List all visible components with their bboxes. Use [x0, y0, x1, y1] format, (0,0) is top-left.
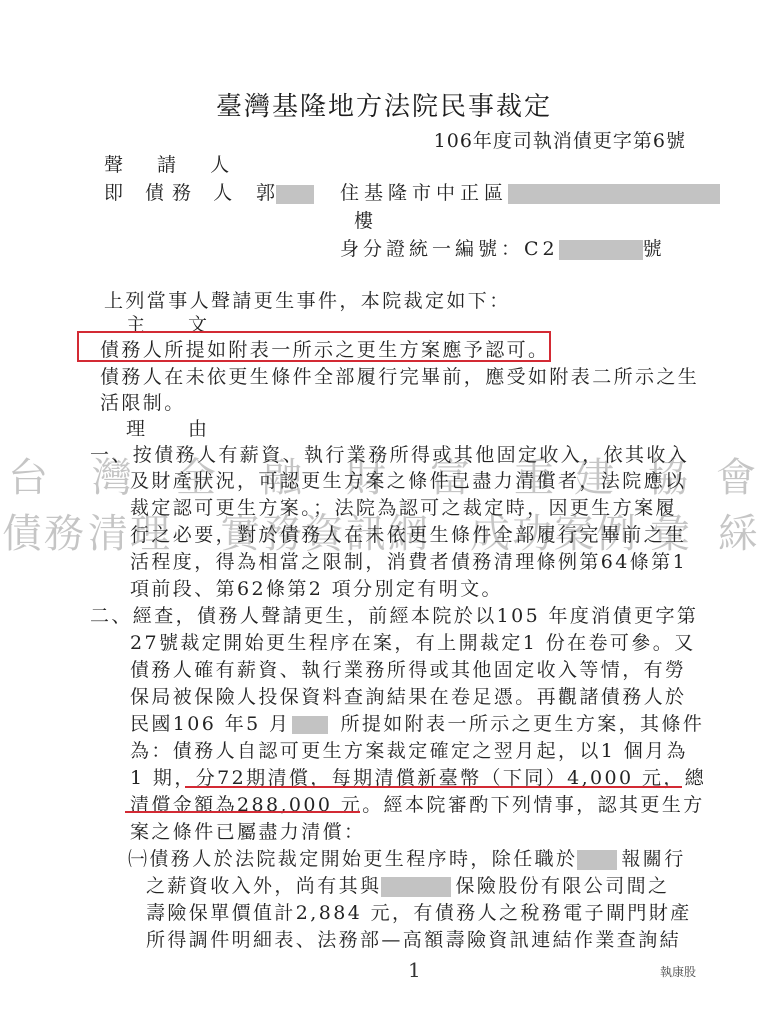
watermark-char: 台 [8, 446, 48, 503]
debtor-surname: 郭 [256, 182, 276, 204]
sub-item-line: 所得調件明細表、法務部—高額壽險資訊連結作業查詢結 [146, 925, 681, 952]
employer-prefix: ㈠債務人於法院裁定開始更生程序時，除任職於 [128, 848, 577, 870]
sub-item-line: ㈠債務人於法院裁定開始更生程序時，除任職於報關行 [128, 844, 686, 871]
reason-1-line: 一、按債務人有薪資、執行業務所得或其他固定收入，依其收入 [90, 440, 689, 467]
reason-1-line: 行之必要，對於債務人在未依更生條件全部履行完畢前之生 [130, 520, 686, 547]
watermark-char: 會 [716, 446, 756, 503]
reason-1-line: 裁定認可更生方案。；法院為認可之裁定時，因更生方案履 [130, 493, 677, 520]
case-number: 106年度司執消債更字第6號 [434, 126, 686, 153]
main-text-line: 債務人所提如附表一所示之更生方案應予認可。 [100, 335, 549, 362]
insurer-prefix: 之薪資收入外，尚有其與 [146, 875, 381, 897]
total-amount-suffix: 。經本院審酌下列情事，認其更生方 [362, 794, 704, 816]
reason-1-line: 活程度，得為相當之限制，消費者債務清理條例第64條第1 [130, 547, 687, 574]
reason-1-line: 項前段、第62條第2 項分別定有明文。 [130, 574, 503, 601]
reason-2-line: 民國106 年5 月所提如附表一所示之更生方案，其條件 [130, 709, 704, 736]
watermark-char: 債 [2, 502, 42, 559]
reason-2-line: 債務人確有薪資、執行業務所得或其他固定收入等情，有勞 [130, 655, 686, 682]
redacted-date [292, 716, 328, 734]
reason-2-line: 案之條件已屬盡力清償： [130, 817, 365, 844]
reason-2-line: 為：債務人自認可更生方案裁定確定之翌月起，以1 個月為 [130, 736, 688, 763]
watermark-char: 務 [44, 502, 84, 559]
page-number: 1 [408, 958, 421, 982]
debtor-name: 郭 [256, 178, 314, 205]
highlight-underline [125, 811, 360, 813]
id-label: 身分證統一編號：C2 [340, 238, 559, 260]
reason-2-line: 二、經查，債務人聲請更生，前經本院於以105 年度消債更字第 [90, 601, 698, 628]
court-unit: 執康股 [660, 963, 696, 980]
applicant-role: 聲 請 人 [104, 150, 243, 177]
main-text-line: 活限制。 [100, 388, 186, 415]
employer-suffix: 報關行 [621, 848, 685, 870]
redacted-id [559, 240, 643, 260]
redacted-insurer [381, 877, 451, 897]
redacted-employer [577, 850, 617, 870]
insurer-suffix: 保險股份有限公司間之 [455, 875, 669, 897]
redacted-name [276, 185, 314, 204]
sub-item-line: 壽險保單價值計2,884 元，有債務人之稅務電子閘門財產 [146, 898, 692, 925]
sub-item-line: 之薪資收入外，尚有其與保險股份有限公司間之 [146, 871, 669, 898]
reason-2-line: 保局被保險人投保資料查詢結果在卷足憑。再觀諸債務人於 [130, 682, 686, 709]
document-title: 臺灣基隆地方法院民事裁定 [0, 86, 768, 123]
main-text-line: 債務人在未依更生條件全部履行完畢前，應受如附表二所示之生 [100, 362, 699, 389]
debtor-address: 住基隆市中正區 [340, 178, 720, 205]
redacted-address [508, 184, 720, 204]
reason-2-line: 27號裁定開始更生程序在案，有上開裁定1 份在卷可參。又 [130, 628, 696, 655]
plan-date-suffix: 所提如附表一所示之更生方案，其條件 [340, 713, 704, 735]
watermark-char: 清 [88, 502, 128, 559]
debtor-role: 即 債務 人 [104, 178, 240, 205]
watermark-char: 綵 [718, 502, 758, 559]
debtor-id: 身分證統一編號：C2號 [340, 234, 666, 261]
reason-1-line: 及財產狀況，可認更生方案之條件已盡力清償者，法院應以 [130, 466, 686, 493]
id-suffix: 號 [643, 238, 666, 260]
intro-text: 上列當事人聲請更生事件，本院裁定如下： [104, 286, 511, 313]
address-suffix: 樓 [354, 206, 374, 233]
highlight-underline [185, 786, 682, 788]
address-prefix: 住基隆市中正區 [340, 182, 508, 204]
reason-heading: 理 由 [126, 414, 219, 441]
plan-date-prefix: 民國106 年5 月 [130, 713, 290, 735]
